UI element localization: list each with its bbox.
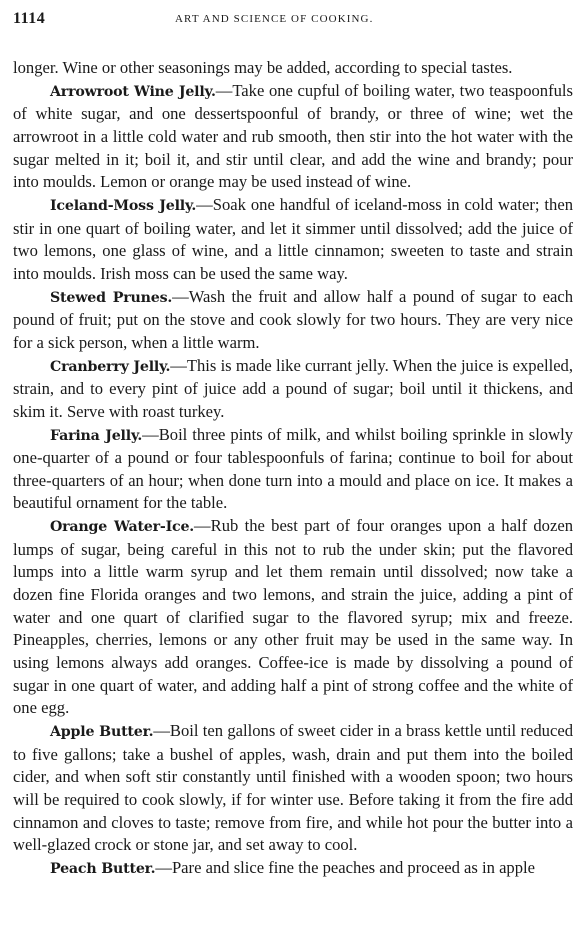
recipe-title: Arrowroot Wine Jelly. <box>50 84 216 100</box>
paragraph-continuation: longer. Wine or other seasonings may be … <box>13 57 573 80</box>
paragraph-text: longer. Wine or other seasonings may be … <box>13 58 512 77</box>
recipe-title: Stewed Prunes. <box>50 290 172 306</box>
recipe-title: Iceland-Moss Jelly. <box>50 198 196 214</box>
recipe-title: Apple Butter. <box>50 724 153 740</box>
recipe-title: Peach Butter. <box>50 861 155 877</box>
running-title: ART AND SCIENCE OF COOKING. <box>175 13 373 25</box>
recipe-farina-jelly: Farina Jelly.—Boil three pints of milk, … <box>13 424 573 516</box>
recipe-text: —Rub the best part of four oranges upon … <box>13 516 573 717</box>
page-body: longer. Wine or other seasonings may be … <box>13 57 573 881</box>
recipe-title: Farina Jelly. <box>50 428 142 444</box>
page-header: 1114 ART AND SCIENCE OF COOKING. <box>13 10 573 34</box>
recipe-title: Cranberry Jelly. <box>50 359 170 375</box>
recipe-text: —Boil ten gallons of sweet cider in a br… <box>13 721 573 854</box>
recipe-arrowroot-wine-jelly: Arrowroot Wine Jelly.—Take one cupful of… <box>13 80 573 194</box>
recipe-iceland-moss-jelly: Iceland-Moss Jelly.—Soak one handful of … <box>13 194 573 286</box>
page-number: 1114 <box>13 10 45 28</box>
recipe-title: Orange Water-Ice. <box>50 519 194 535</box>
recipe-peach-butter: Peach Butter.—Pare and slice fine the pe… <box>13 857 573 881</box>
recipe-apple-butter: Apple Butter.—Boil ten gallons of sweet … <box>13 720 573 857</box>
recipe-orange-water-ice: Orange Water-Ice.—Rub the best part of f… <box>13 515 573 720</box>
recipe-cranberry-jelly: Cranberry Jelly.—This is made like curra… <box>13 355 573 424</box>
recipe-stewed-prunes: Stewed Prunes.—Wash the fruit and allow … <box>13 286 573 355</box>
recipe-text: —Pare and slice fine the peaches and pro… <box>155 858 535 877</box>
